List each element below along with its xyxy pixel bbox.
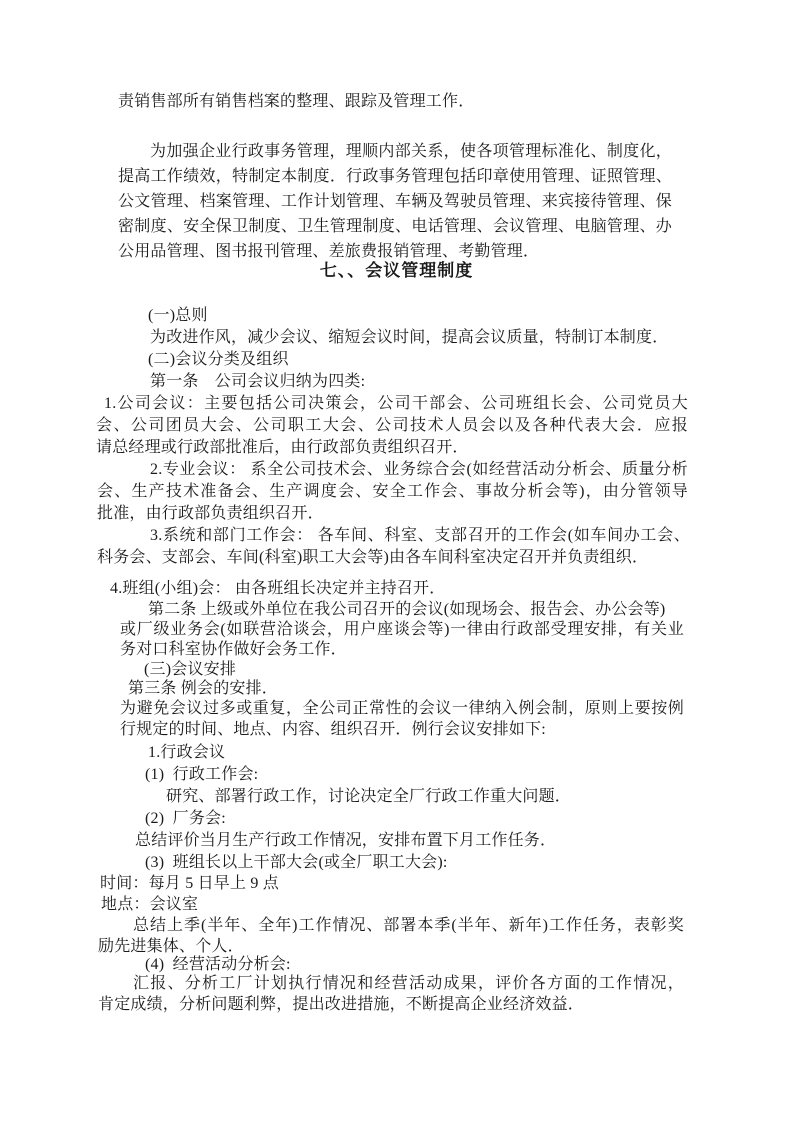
text-line: 肯定成绩，分析问题利弊，提出改进措施，不断提高企业经济效益． <box>98 994 584 1015</box>
text-line: 为改进作风，减少会议、缩短会议时间，提高会议质量，特制订本制度． <box>150 327 668 348</box>
text-line: (4) 经营活动分析会: <box>145 954 291 975</box>
document-page: 七、、会议管理制度 责销售部所有销售档案的整理、跟踪及管理工作．为加强企业行政事… <box>0 0 793 1122</box>
text-line: 请总经理或行政部批准后，由行政部负责组织召开． <box>96 437 469 458</box>
text-line: 务对口科室协作做好会务工作． <box>120 639 347 660</box>
text-line: 会、生产技术准备会、生产调度会、安全工作会、事故分析会等)，由分管领导 <box>97 481 688 502</box>
text-line: 科务会、支部会、车间(科室)职工大会等)由各车间科室决定召开并负责组织． <box>97 547 648 568</box>
text-line: 研究、部署行政工作，讨论决定全厂行政工作重大问题． <box>166 786 571 807</box>
text-line: 会、公司团员大会、公司职工大会、公司技术人员会以及各种代表大会．应报 <box>96 415 688 436</box>
text-line: (三)会议安排 <box>144 659 236 680</box>
text-line: 第二条 上级或外单位在我公司召开的会议(如现场会、报告会、办公会等) <box>148 599 665 620</box>
text-line: 密制度、安全保卫制度、卫生管理制度、电话管理、会议管理、电脑管理、办 <box>118 216 672 237</box>
text-line: 或厂级业务会(如联营洽谈会，用户座谈会等)一律由行政部受理安排，有关业 <box>120 619 684 640</box>
text-line: 为避免会议过多或重复，全公司正常性的会议一律纳入例会制，原则上要按例 <box>120 698 684 719</box>
text-line: 责销售部所有销售档案的整理、跟踪及管理工作． <box>118 91 474 112</box>
text-line: 4.班组(小组)会： 由各班组长决定并主持召开． <box>110 578 445 599</box>
text-line: 为加强企业行政事务管理，理顺内部关系，使各项管理标准化、制度化， <box>150 141 672 162</box>
section-heading: 七、、会议管理制度 <box>0 260 793 282</box>
text-line: 公文管理、档案管理、工作计划管理、车辆及驾驶员管理、来宾接待管理、保 <box>118 191 672 212</box>
text-line: 总结上季(半年、全年)工作情况、部署本季(半年、新年)工作任务，表彰奖 <box>133 915 684 936</box>
text-line: (3) 班组长以上干部大会(或全厂职工大会): <box>145 852 448 873</box>
text-line: (二)会议分类及组织 <box>148 349 289 370</box>
text-line: 第三条 例会的安排． <box>128 678 278 699</box>
text-line: 地点：会议室 <box>101 894 198 915</box>
text-line: 公用品管理、图书报刊管理、差旅费报销管理、考勤管理． <box>118 241 539 262</box>
text-line: 汇报、分析工厂计划执行情况和经营活动成果，评价各方面的工作情况， <box>133 973 684 994</box>
text-line: 批准，由行政部负责组织召开． <box>97 503 324 524</box>
text-line: 1.行政会议 <box>148 742 225 763</box>
text-line: 时间：每月 5 日早上 9 点 <box>100 873 279 894</box>
text-line: 行规定的时间、地点、内容、组织召开．例行会议安排如下: <box>120 719 546 740</box>
text-line: 1.公司会议：主要包括公司决策会，公司干部会、公司班组长会、公司党员大 <box>104 393 688 414</box>
text-line: 总结评价当月生产行政工作情况，安排布置下月工作任务． <box>135 830 556 851</box>
text-line: 3.系统和部门工作会： 各车间、科室、支部召开的工作会(如车间办工会、 <box>150 525 690 546</box>
text-line: (一)总则 <box>148 305 208 326</box>
text-line: (2) 厂务会: <box>145 808 226 829</box>
text-line: 第一条 公司会议归纳为四类: <box>150 371 365 392</box>
text-line: 提高工作绩效，特制定本制度．行政事务管理包括印章使用管理、证照管理、 <box>118 166 672 187</box>
text-line: (1) 行政工作会: <box>145 764 258 785</box>
text-line: 2.专业会议： 系全公司技术会、业务综合会(如经营活动分析会、质量分析 <box>150 459 688 480</box>
